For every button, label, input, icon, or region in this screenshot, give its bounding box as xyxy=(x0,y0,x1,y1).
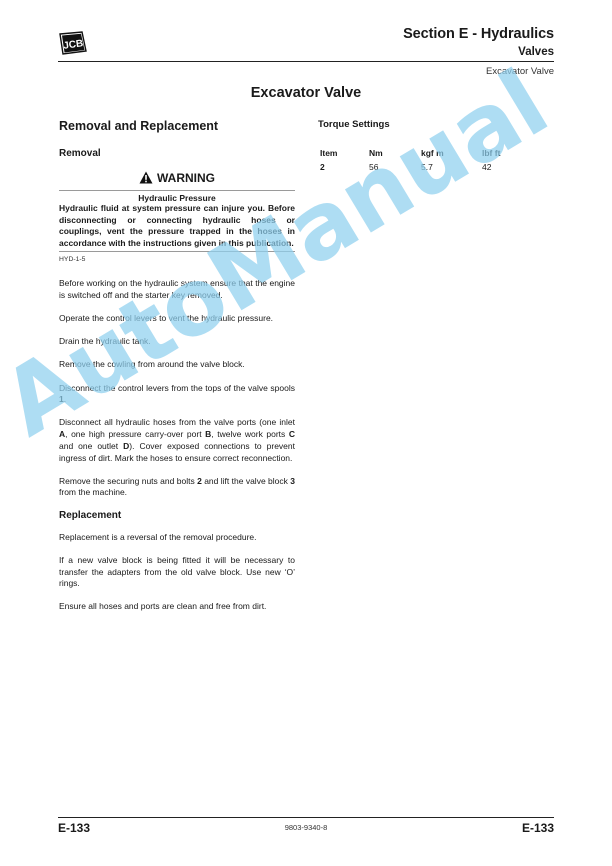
step-paragraph: Before working on the hydraulic system e… xyxy=(59,278,295,301)
step-paragraph: Disconnect all hydraulic hoses from the … xyxy=(59,417,295,464)
step-text: and lift the valve block xyxy=(202,476,290,486)
page-number-right: E-133 xyxy=(522,821,554,835)
step-text: Disconnect all hydraulic hoses from the … xyxy=(59,417,295,427)
step-text: , twelve work ports xyxy=(211,429,289,439)
item-cell: 2 xyxy=(320,160,369,174)
page-topic: Excavator Valve xyxy=(486,66,554,77)
port-ref: C xyxy=(289,429,295,439)
removal-steps: Before working on the hydraulic system e… xyxy=(59,278,295,499)
step-paragraph: Remove the cowling from around the valve… xyxy=(59,359,295,371)
warning-divider-top xyxy=(59,190,295,191)
column-header: lbf ft xyxy=(482,146,522,160)
removal-replacement-heading: Removal and Replacement xyxy=(59,119,295,133)
column-header: kgf m xyxy=(421,146,482,160)
jcb-logo: JCB xyxy=(58,31,87,55)
torque-header-row: Item Nm kgf m lbf ft xyxy=(320,146,522,160)
step-paragraph: Operate the control levers to vent the h… xyxy=(59,313,295,325)
step-text: Disconnect the control levers from the t… xyxy=(59,383,295,393)
torque-table: Item Nm kgf m lbf ft 2 56 5.7 42 xyxy=(320,146,522,174)
footer-divider xyxy=(58,817,554,818)
section-title: Section E - Hydraulics xyxy=(403,26,554,42)
warning-code: HYD-1-5 xyxy=(59,256,295,263)
page-title: Excavator Valve xyxy=(0,85,612,101)
column-header: Item xyxy=(320,146,369,160)
step-paragraph: Replacement is a reversal of the removal… xyxy=(59,532,295,544)
step-text: , one high pressure carry-over port xyxy=(65,429,205,439)
step-text: . xyxy=(64,394,66,404)
document-number: 9803-9340-8 xyxy=(0,823,612,832)
jcb-logo-icon: JCB xyxy=(58,31,87,55)
warning-header: WARNING xyxy=(59,171,295,187)
warning-triangle-icon xyxy=(139,171,153,187)
column-header: Nm xyxy=(369,146,421,160)
torque-settings: Torque Settings Item Nm kgf m lbf ft 2 5… xyxy=(318,119,558,174)
header-divider xyxy=(58,61,554,62)
warning-body: Hydraulic fluid at system pressure can i… xyxy=(59,203,295,249)
warning-label: WARNING xyxy=(157,171,215,185)
lbfft-cell: 42 xyxy=(482,160,522,174)
step-paragraph: If a new valve block is being fitted it … xyxy=(59,555,295,590)
section-subtitle: Valves xyxy=(518,46,554,58)
warning-subtitle: Hydraulic Pressure xyxy=(59,193,295,203)
item-ref: 3 xyxy=(290,476,295,486)
procedure-column: Removal and Replacement Removal WARNING … xyxy=(59,119,295,625)
step-paragraph: Disconnect the control levers from the t… xyxy=(59,383,295,406)
torque-title: Torque Settings xyxy=(318,119,558,130)
step-paragraph: Remove the securing nuts and bolts 2 and… xyxy=(59,476,295,499)
step-paragraph: Drain the hydraulic tank. xyxy=(59,336,295,348)
table-row: 2 56 5.7 42 xyxy=(320,160,522,174)
step-text: Remove the securing nuts and bolts xyxy=(59,476,197,486)
nm-cell: 56 xyxy=(369,160,421,174)
step-text: and one outlet xyxy=(59,441,123,451)
warning-box: WARNING Hydraulic Pressure Hydraulic flu… xyxy=(59,171,295,263)
removal-heading: Removal xyxy=(59,148,295,159)
replacement-heading: Replacement xyxy=(59,510,295,521)
kgfm-cell: 5.7 xyxy=(421,160,482,174)
step-text: from the machine. xyxy=(59,487,127,497)
step-paragraph: Ensure all hoses and ports are clean and… xyxy=(59,601,295,613)
warning-divider-bottom xyxy=(59,251,295,252)
